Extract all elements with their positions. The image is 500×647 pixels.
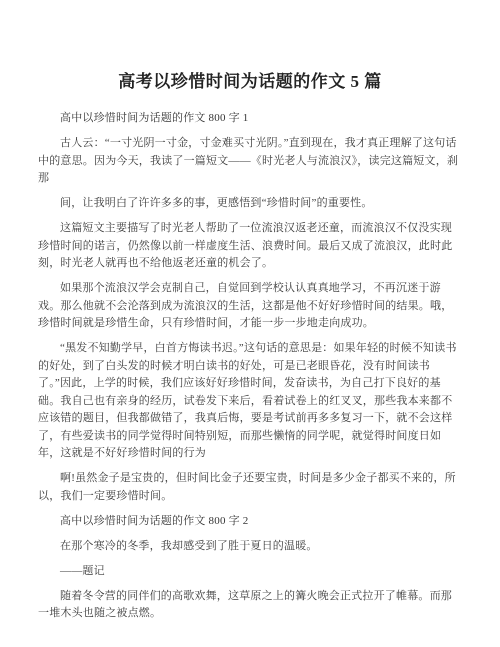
section-heading-essay-1: 高中以珍惜时间为话题的作文 800 字 1: [38, 110, 462, 128]
paragraph: 在那个寒冷的冬季，我却感受到了胜于夏日的温暖。: [38, 538, 462, 556]
paragraph: 这篇短文主要描写了时光老人帮助了一位流浪汉返老还童，而流浪汉不仅没实现珍惜时间的…: [38, 220, 462, 273]
paragraph: 如果那个流浪汉学会克制自己，自觉回到学校认认真真地学习，不再沉迷于游戏。那么他就…: [38, 280, 462, 333]
page: { "colors": { "background": "#ffffff", "…: [0, 0, 500, 647]
document-title: 高考以珍惜时间为话题的作文 5 篇: [38, 70, 462, 94]
paragraph: 间，让我明白了许许多多的事，更感悟到“珍惜时间”的重要性。: [38, 195, 462, 213]
paragraph: “黑发不知勤学早，白首方悔读书迟。”这句话的意思是：如果年轻的时候不知读书的好处…: [38, 340, 462, 463]
document: 高考以珍惜时间为话题的作文 5 篇 高中以珍惜时间为话题的作文 800 字 1 …: [0, 0, 500, 647]
paragraph: 古人云：“一寸光阴一寸金，寸金难买寸光阴。”直到现在，我才真正理解了这句话中的意…: [38, 135, 462, 188]
paragraph-epigraph: ——题记: [38, 563, 462, 581]
paragraph: 随着冬令营的同伴们的高歌欢舞，这草原之上的篝火晚会正式拉开了帷幕。而那一堆木头也…: [38, 588, 462, 623]
section-heading-essay-2: 高中以珍惜时间为话题的作文 800 字 2: [38, 513, 462, 531]
paragraph: 啊!虽然金子是宝贵的，但时间比金子还要宝贵，时间是多少金子都买不来的，所以，我们…: [38, 470, 462, 505]
